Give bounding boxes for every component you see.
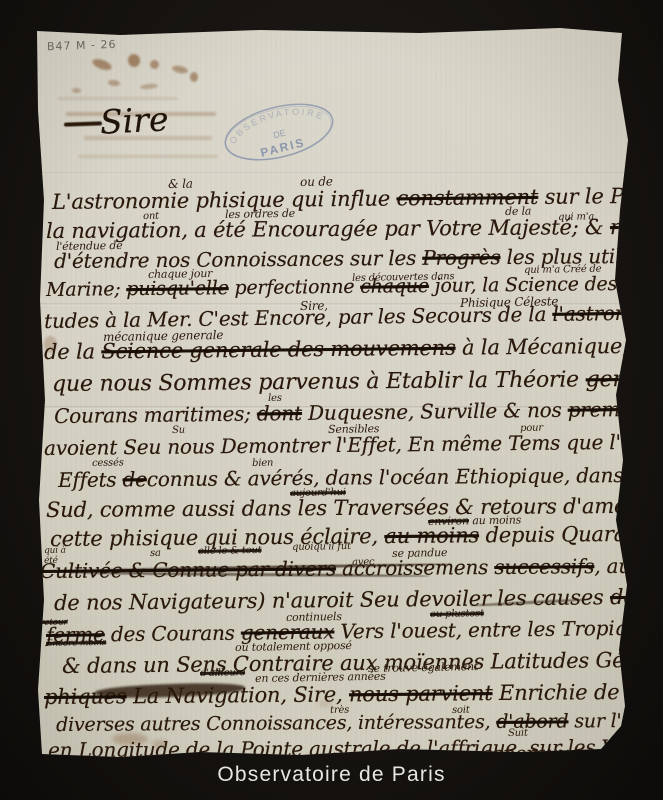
struck-text: aujourd'hui (290, 487, 346, 499)
ink-streak (78, 155, 218, 158)
caption-observatoire-de-paris: Observatoire de Paris (217, 763, 445, 787)
ink-text: cessés (92, 457, 124, 469)
interline-insertion: été (44, 557, 58, 566)
interline-insertion: chaque jour (148, 268, 212, 280)
interline-insertion: continuels (286, 611, 342, 623)
ink-text: de la (44, 339, 102, 364)
struck-text: successifs (494, 554, 594, 579)
struck-text: generale (586, 367, 663, 393)
manuscript-page: B47 M - 26 Sire OBSERVATOIRE DE PARIS L'… (0, 0, 663, 800)
manuscript-line: generaux (480, 745, 569, 764)
ink-text: qui m'a Créé de (524, 264, 602, 276)
struck-text: ou plustost (430, 608, 484, 620)
ink-text: sur le Progrès de (538, 183, 663, 209)
ink-text: avec (352, 557, 375, 568)
ink-text: Phisique Céleste (460, 294, 558, 310)
struck-text: n'a Cessé (610, 214, 663, 239)
manuscript-line: L'astronomie phisique qui influe constam… (52, 185, 663, 213)
interline-insertion: les (268, 394, 282, 404)
ink-text: se pandue (392, 546, 447, 560)
ink-text: bien (252, 458, 273, 469)
ink-text: Marine; (46, 278, 126, 301)
interline-insertion: en ces dernières années (255, 671, 386, 684)
ink-text: Suit (508, 728, 528, 739)
ink-text: Su (172, 425, 185, 436)
salutation-sire: Sire (99, 99, 169, 142)
ink-text: generaux (480, 743, 569, 765)
interline-insertion: & la (168, 178, 193, 190)
ink-text: Vers l'ouest, entre les Tropiques, (334, 615, 663, 643)
interline-insertion: ou totalement opposé (235, 640, 352, 653)
ink-blot (72, 88, 81, 93)
struck-text: dont (257, 401, 302, 426)
ink-text: Courans maritimes; (54, 402, 257, 428)
ink-text: que nous Sommes parvenus à Etablir la Th… (52, 367, 586, 397)
ink-text: , aucuns (594, 553, 663, 578)
ink-text: qui m'a (558, 211, 594, 223)
interline-insertion: très (330, 706, 349, 716)
interline-insertion: ou plustost (430, 609, 484, 620)
ink-text: été (44, 556, 58, 566)
struck-text: Encore moins (46, 638, 106, 649)
ink-blot (190, 72, 198, 82)
struck-text: puisqu'elle (126, 277, 229, 300)
ink-text: Sensibles (328, 422, 379, 436)
ink-text: La Navigation, Sire, (126, 682, 349, 708)
interline-insertion: les ordres de (225, 208, 295, 220)
interline-insertion: environ au moins (428, 514, 521, 527)
struck-text: de (122, 467, 146, 491)
interline-insertion: Phisique Céleste (460, 295, 558, 309)
ink-text: quoiqu'il fut (292, 541, 351, 553)
ink-text: diverses autres Connoissances, intéressa… (56, 711, 496, 736)
ink-text: & la (168, 177, 193, 191)
ink-text: l'étendue de (56, 239, 123, 253)
struck-text: l'astronomie (552, 300, 663, 326)
ink-text: ou totalement opposé (235, 639, 352, 654)
struck-text: environ (428, 514, 469, 528)
ink-text: en ces dernières années (255, 670, 386, 685)
ink-text: se trouve également (368, 660, 478, 675)
struck-text: retour (40, 618, 68, 628)
ink-text: Effets (58, 467, 123, 492)
interline-insertion: Sensibles (328, 423, 379, 435)
struck-text: d'ailleurs (200, 667, 245, 679)
ink-text: des Courans (105, 621, 242, 647)
interline-insertion: retour (40, 619, 68, 628)
struck-text: Cultivée & Connue par divers (40, 556, 336, 583)
ink-text: chaque jour (148, 267, 212, 281)
interline-insertion: Encore moins (46, 639, 106, 649)
interline-insertion: qui m'a Créé de (524, 265, 602, 276)
manuscript-line: diverses autres Connoissances, intéressa… (56, 712, 663, 735)
struck-text: Progrès (422, 245, 500, 270)
stamp-middle-text: DE (272, 128, 287, 141)
interline-insertion: ont (143, 212, 159, 222)
interline-insertion: mécanique generale (103, 329, 223, 343)
manuscript-line: Effets deconnus & avérés, dans l'océan E… (58, 464, 663, 490)
ink-text: la navigation, a été Encouragée par Votr… (46, 215, 610, 243)
ink-blot (140, 83, 158, 90)
ink-text: sa (150, 548, 161, 559)
manuscript-line: cette phisique qui nous éclaire, au moin… (50, 523, 663, 550)
interline-insertion: quoiqu'il fut (292, 542, 351, 553)
interline-insertion: d'ailleurs (200, 668, 245, 679)
manuscript-line: ferme des Courans generaux Vers l'ouest,… (46, 617, 663, 645)
ink-text: pour (520, 423, 543, 434)
ink-text: Sire, (300, 299, 328, 313)
interline-insertion: pour (520, 424, 543, 434)
interline-insertion: aujourd'hui (290, 488, 346, 499)
ink-text: perfectionne (229, 276, 361, 299)
ink-text: très (330, 705, 349, 716)
interline-insertion: elle le & tout (198, 546, 262, 557)
interline-insertion: se trouve également (368, 661, 478, 674)
ink-blot (91, 57, 113, 72)
ink-text: Duquesne, Surville & nos (302, 398, 568, 425)
interline-insertion: l'étendue de (56, 240, 123, 252)
interline-insertion: Su (172, 426, 185, 436)
interline-insertion: sa (150, 549, 161, 559)
ink-blot (108, 79, 120, 86)
ink-text: ou de (300, 174, 333, 189)
ink-blot (171, 64, 188, 74)
manuscript-line: tudes à la Mer. C'est Encore, par les Se… (44, 302, 663, 331)
interline-insertion: Suit (508, 729, 528, 739)
ink-text: les (268, 393, 282, 404)
interline-insertion: se pandue (392, 547, 447, 559)
ink-text: au moins (469, 513, 521, 527)
ink-text: les ordres de (225, 207, 295, 221)
ink-text: Enrichie de (492, 680, 619, 705)
interline-insertion: qui m'a (558, 212, 594, 223)
struck-text: nous parvient (349, 681, 493, 706)
ink-text: Sud, comme aussi dans les Traversées & r… (46, 493, 663, 522)
interline-insertion: cessés (92, 458, 124, 469)
manuscript-line: de nos Navigateurs) n'auroit Seu devoile… (54, 586, 663, 614)
interline-insertion: Sire, (300, 300, 328, 312)
ink-text: ont (143, 211, 159, 222)
manuscript-line: que nous Sommes parvenus à Etablir la Th… (52, 368, 663, 396)
interline-insertion: avec (352, 558, 375, 568)
interline-insertion: qui à (44, 547, 66, 556)
ink-text: de la (505, 205, 531, 218)
ink-text: mécanique generale (103, 328, 223, 344)
ink-text: connus & avérés, dans l'océan Ethiopique… (147, 462, 663, 491)
struck-text: phiques (44, 684, 127, 709)
ink-text: sur l'étendue (568, 710, 663, 733)
struck-text: premiers Pilotes (568, 396, 663, 422)
archive-shelfmark: B47 M - 26 (47, 38, 117, 53)
ink-text: qui à (44, 546, 66, 556)
ink-text: soit (452, 705, 470, 716)
observatoire-stamp-icon: OBSERVATOIRE DE PARIS (212, 85, 346, 179)
interline-insertion: les découvertes dans (352, 272, 455, 284)
ink-blot (127, 53, 142, 69)
struck-text: de ces (610, 584, 663, 609)
ink-blot (150, 60, 159, 69)
manuscript-line: Sud, comme aussi dans les Traversées & r… (46, 495, 663, 521)
interline-insertion: bien (252, 459, 273, 469)
interline-insertion: ou de (300, 175, 333, 188)
ink-text: les découvertes dans (352, 271, 455, 284)
ink-text: continuels (286, 610, 342, 624)
ink-text: à la Mécanique, Sire, (455, 333, 663, 359)
interline-insertion: de la (505, 206, 531, 217)
salutation-flourish (64, 121, 102, 126)
interline-insertion: soit (452, 706, 470, 716)
ink-text: jour, la Science des Longi (429, 272, 663, 297)
archive-photograph: B47 M - 26 Sire OBSERVATOIRE DE PARIS L'… (0, 0, 663, 800)
struck-text: elle le & tout (198, 545, 262, 557)
